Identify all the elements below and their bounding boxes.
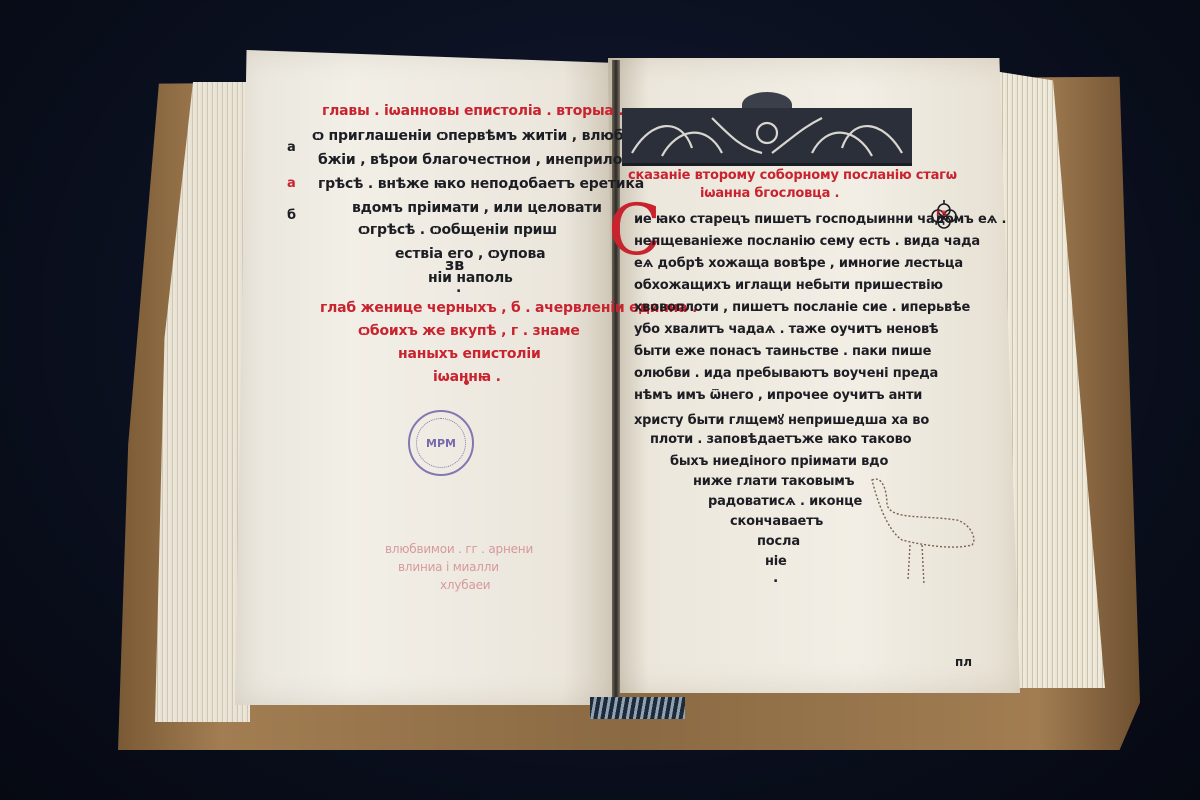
chapter-heading: іѡанна бгословца . (700, 186, 839, 201)
right-text-line: еѧ добрѣ хожаща вовѣре , имногие лестьца (634, 256, 963, 271)
margin-numeral: б (287, 208, 296, 223)
margin-numeral: а (287, 140, 296, 155)
left-text-line: бжіи , вѣрои благочестнои , инеприложн (318, 152, 645, 168)
right-text-line: быхъ ниедіного пріимати вдо (670, 454, 888, 469)
margin-numeral: а (287, 176, 296, 191)
left-text-line: ествіа его , ѻупова (395, 246, 545, 262)
right-text-line: быти еже понасъ таиньстве . паки пише (634, 344, 931, 359)
right-text-line: хвовоплоти , пишетъ посланіе сие . иперь… (634, 300, 970, 315)
woodcut-headpiece (622, 108, 912, 166)
acanthus-leaf-icon (622, 108, 912, 163)
library-stamp: МРМ (408, 410, 474, 476)
right-text-line: непщеваніеже посланію сему есть . вида ч… (634, 234, 980, 249)
right-text-line: олюбви . ида пребываютъ воучені преда (634, 366, 938, 381)
left-text-line: вдомъ пріимати , или целовати (352, 200, 602, 216)
right-text-line: ие ꙗко старецъ пишетъ господыинни чадомъ… (634, 212, 1006, 227)
marginal-bird-drawing-icon (862, 470, 982, 590)
right-text-line: плоти . заповѣдаетъже ꙗко таково (650, 432, 911, 447)
faded-show-through-line: хлубаеи (440, 578, 490, 592)
left-text-line: ѻгрѣсѣ . ѻобщеніи приш (358, 222, 557, 238)
left-red-line: ѻбоихъ же вкупѣ , г . знаме (358, 323, 580, 339)
left-text-line: грѣсѣ . внѣже ꙗко неподобаетъ еретика (318, 176, 644, 192)
illuminated-initial: С (608, 195, 662, 265)
right-text-line: убо хвалитъ чадаѧ . таже оучитъ неновѣ (634, 322, 938, 337)
right-text-line: посла (757, 534, 800, 549)
left-numeral-line: зв (445, 255, 464, 274)
stamp-text: МРМ (426, 437, 456, 450)
folio-number: пл (955, 655, 972, 669)
left-text-line: ніи наполь (428, 270, 513, 286)
right-text-line: христу быти глщемꙋ непришедша ха во (634, 410, 929, 428)
red-asterisk (464, 380, 469, 385)
left-text-line: ѻ приглашеніи ѻпервѣмъ житіи , влюбви (312, 128, 642, 144)
spine-headband (590, 697, 685, 719)
faded-show-through-line: влиниа і миалли (398, 560, 499, 574)
right-text-line: ниже глати таковымъ (693, 474, 854, 489)
right-text-line: ніе (765, 554, 787, 569)
chapter-heading: сказаніе второму соборному посланію стаг… (628, 168, 957, 183)
right-text-line: . (773, 570, 778, 586)
right-text-line: скончаваетъ (730, 514, 823, 529)
right-text-line: радоватисѧ . иконце (708, 494, 862, 509)
left-red-line: наныхъ епистоліи (398, 346, 541, 362)
faded-show-through-line: влюбвимои . гг . арнени (385, 542, 533, 556)
right-text-line: нѣмъ имъ ѿнего , ипрочее оучитъ анти (634, 388, 922, 403)
right-text-line: обхожащихъ иглащи небыти пришествію (634, 278, 943, 293)
left-title-line: главы . іѡанновы епистоліа . вторыа . (322, 103, 623, 119)
left-dot: . (456, 280, 461, 296)
